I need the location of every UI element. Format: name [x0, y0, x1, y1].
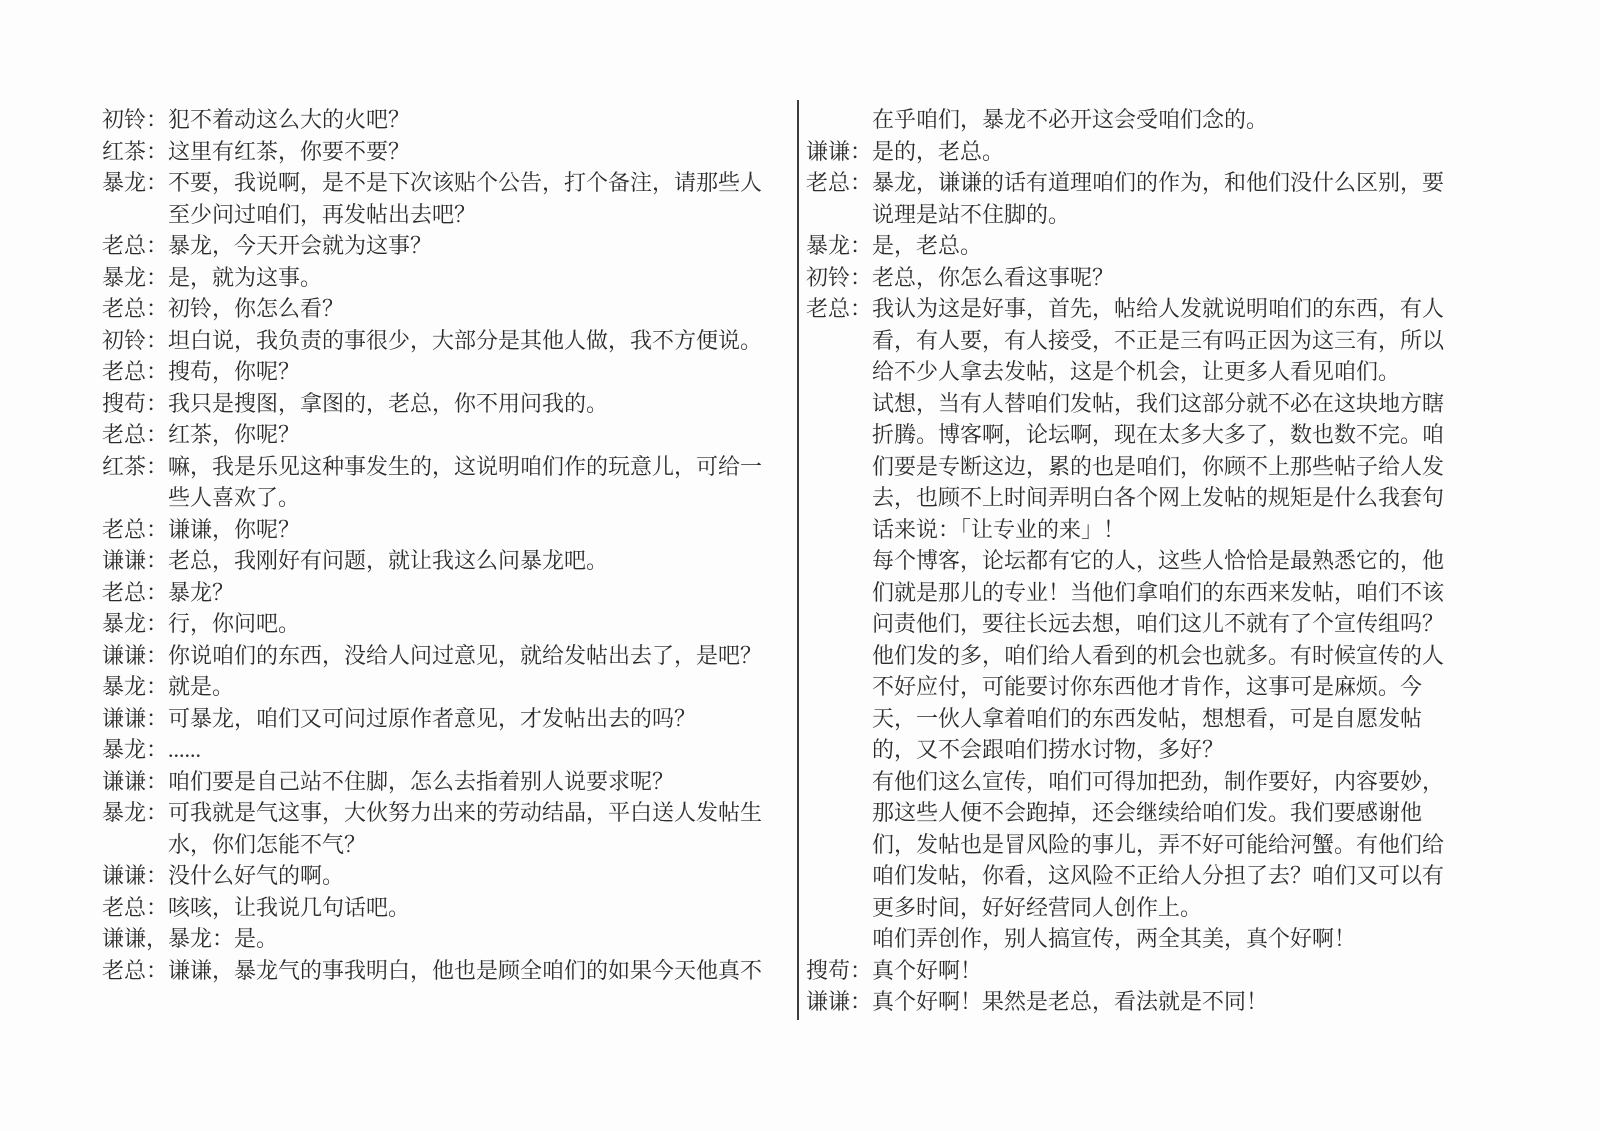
dialogue-entry: 暴龙：是，老总。 [806, 230, 1446, 262]
dialogue-entry: 老总：我认为这是好事，首先，帖给人发就说明咱们的东西，有人看，有人要，有人接受，… [806, 293, 1446, 388]
dialogue-text: 是的，老总。 [872, 139, 1004, 164]
speaker-label: 谦谦： [102, 863, 168, 888]
speaker-label: 老总： [102, 580, 168, 605]
speaker-label: 老总： [806, 170, 872, 195]
speaker-label: 老总： [102, 359, 168, 384]
speaker-label: 谦谦，暴龙： [102, 926, 234, 951]
speaker-label: 老总： [102, 296, 168, 321]
dialogue-entry: 老总：谦谦，暴龙气的事我明白，他也是顾全咱们的如果今天他真不 [102, 955, 764, 987]
dialogue-text: 在乎咱们，暴龙不必开这会受咱们念的。 [872, 107, 1268, 132]
speaker-label: 老总： [102, 895, 168, 920]
speaker-label: 初铃： [806, 265, 872, 290]
dialogue-text: 嘛，我是乐见这种事发生的，这说明咱们作的玩意儿，可给一些人喜欢了。 [168, 454, 762, 511]
speaker-label: 老总： [102, 958, 168, 983]
dialogue-text: 暴龙，谦谦的话有道理咱们的作为，和他们没什么区别，要说理是站不住脚的。 [872, 170, 1444, 227]
dialogue-text: 暴龙，今天开会就为这事？ [168, 233, 432, 258]
speaker-label: 初铃： [102, 328, 168, 353]
speaker-label: 暴龙： [102, 611, 168, 636]
dialogue-text: 有他们这么宣传，咱们可得加把劲，制作要好，内容要妙，那这些人便不会跑掉，还会继续… [872, 769, 1444, 920]
dialogue-entry: 老总：初铃，你怎么看？ [102, 293, 764, 325]
dialogue-text: 试想，当有人替咱们发帖，我们这部分就不必在这块地方瞎折腾。博客啊，论坛啊，现在太… [872, 391, 1444, 542]
dialogue-text: 初铃，你怎么看？ [168, 296, 344, 321]
dialogue-text: 咱们要是自己站不住脚，怎么去指着别人说要求呢？ [168, 769, 674, 794]
speaker-label: 老总： [102, 422, 168, 447]
speaker-label: 初铃： [102, 107, 168, 132]
dialogue-text: 我认为这是好事，首先，帖给人发就说明咱们的东西，有人看，有人要，有人接受，不正是… [872, 296, 1444, 384]
dialogue-entry: 老总：咳咳，让我说几句话吧。 [102, 892, 764, 924]
dialogue-text: 谦谦，你呢？ [168, 517, 300, 542]
speaker-label: 暴龙： [102, 265, 168, 290]
dialogue-text: 这里有红茶，你要不要？ [168, 139, 410, 164]
dialogue-text: 可我就是气这事，大伙努力出来的劳动结晶，平白送人发帖生水，你们怎能不气？ [168, 800, 762, 857]
dialogue-entry: 老总：暴龙，谦谦的话有道理咱们的作为，和他们没什么区别，要说理是站不住脚的。 [806, 167, 1446, 230]
dialogue-continuation: 在乎咱们，暴龙不必开这会受咱们念的。 [806, 104, 1446, 136]
dialogue-continuation: 试想，当有人替咱们发帖，我们这部分就不必在这块地方瞎折腾。博客啊，论坛啊，现在太… [806, 388, 1446, 546]
dialogue-entry: 红茶：嘛，我是乐见这种事发生的，这说明咱们作的玩意儿，可给一些人喜欢了。 [102, 451, 764, 514]
dialogue-entry: 搜苟：真个好啊！ [806, 955, 1446, 987]
right-column: 在乎咱们，暴龙不必开这会受咱们念的。谦谦：是的，老总。老总：暴龙，谦谦的话有道理… [806, 104, 1446, 1018]
dialogue-text: 是。 [234, 926, 278, 951]
dialogue-text: 是，就为这事。 [168, 265, 322, 290]
dialogue-text: 咱们弄创作，别人搞宣传，两全其美，真个好啊！ [872, 926, 1356, 951]
speaker-label: 暴龙： [102, 674, 168, 699]
speaker-label: 谦谦： [806, 139, 872, 164]
speaker-label: 谦谦： [806, 989, 872, 1014]
dialogue-text: 没什么好气的啊。 [168, 863, 344, 888]
dialogue-text: 你说咱们的东西，没给人问过意见，就给发帖出去了，是吧？ [168, 643, 762, 668]
dialogue-entry: 老总：暴龙，今天开会就为这事？ [102, 230, 764, 262]
speaker-label: 老总： [102, 517, 168, 542]
speaker-label: 暴龙： [102, 737, 168, 762]
speaker-label: 老总： [806, 296, 872, 321]
dialogue-entry: 暴龙：是，就为这事。 [102, 262, 764, 294]
dialogue-text: 真个好啊！果然是老总，看法就是不同！ [872, 989, 1268, 1014]
dialogue-text: 就是。 [168, 674, 234, 699]
speaker-label: 暴龙： [102, 170, 168, 195]
speaker-label: 谦谦： [102, 769, 168, 794]
speaker-label: 谦谦： [102, 643, 168, 668]
dialogue-text: 坦白说，我负责的事很少，大部分是其他人做，我不方便说。 [168, 328, 762, 353]
dialogue-text: 咳咳，让我说几句话吧。 [168, 895, 410, 920]
dialogue-text: 暴龙？ [168, 580, 234, 605]
dialogue-entry: 暴龙：可我就是气这事，大伙努力出来的劳动结晶，平白送人发帖生水，你们怎能不气？ [102, 797, 764, 860]
dialogue-entry: 谦谦：咱们要是自己站不住脚，怎么去指着别人说要求呢？ [102, 766, 764, 798]
dialogue-text: ...... [168, 737, 201, 762]
dialogue-entry: 暴龙：就是。 [102, 671, 764, 703]
dialogue-text: 每个博客，论坛都有它的人，这些人恰恰是最熟悉它的，他们就是那儿的专业！当他们拿咱… [872, 548, 1444, 762]
dialogue-entry: 红茶：这里有红茶，你要不要？ [102, 136, 764, 168]
dialogue-entry: 老总：暴龙？ [102, 577, 764, 609]
dialogue-entry: 谦谦：是的，老总。 [806, 136, 1446, 168]
dialogue-entry: 谦谦：老总，我刚好有问题，就让我这么问暴龙吧。 [102, 545, 764, 577]
dialogue-entry: 暴龙：行，你问吧。 [102, 608, 764, 640]
dialogue-continuation: 有他们这么宣传，咱们可得加把劲，制作要好，内容要妙，那这些人便不会跑掉，还会继续… [806, 766, 1446, 924]
speaker-label: 暴龙： [806, 233, 872, 258]
dialogue-entry: 谦谦，暴龙：是。 [102, 923, 764, 955]
dialogue-text: 搜苟，你呢？ [168, 359, 300, 384]
speaker-label: 红茶： [102, 139, 168, 164]
speaker-label: 谦谦： [102, 706, 168, 731]
dialogue-entry: 老总：红茶，你呢？ [102, 419, 764, 451]
speaker-label: 谦谦： [102, 548, 168, 573]
script-page: 初铃：犯不着动这么大的火吧？红茶：这里有红茶，你要不要？暴龙：不要，我说啊，是不… [0, 0, 1600, 1131]
dialogue-entry: 谦谦：真个好啊！果然是老总，看法就是不同！ [806, 986, 1446, 1018]
left-column: 初铃：犯不着动这么大的火吧？红茶：这里有红茶，你要不要？暴龙：不要，我说啊，是不… [102, 104, 764, 986]
dialogue-continuation: 每个博客，论坛都有它的人，这些人恰恰是最熟悉它的，他们就是那儿的专业！当他们拿咱… [806, 545, 1446, 766]
speaker-label: 红茶： [102, 454, 168, 479]
dialogue-text: 可暴龙，咱们又可问过原作者意见，才发帖出去的吗？ [168, 706, 696, 731]
dialogue-entry: 老总：谦谦，你呢？ [102, 514, 764, 546]
speaker-label: 暴龙： [102, 800, 168, 825]
dialogue-entry: 谦谦：可暴龙，咱们又可问过原作者意见，才发帖出去的吗？ [102, 703, 764, 735]
dialogue-text: 行，你问吧。 [168, 611, 300, 636]
dialogue-text: 犯不着动这么大的火吧？ [168, 107, 410, 132]
speaker-label: 搜苟： [102, 391, 168, 416]
dialogue-text: 红茶，你呢？ [168, 422, 300, 447]
dialogue-text: 老总，我刚好有问题，就让我这么问暴龙吧。 [168, 548, 608, 573]
dialogue-entry: 初铃：老总，你怎么看这事呢？ [806, 262, 1446, 294]
dialogue-text: 真个好啊！ [872, 958, 982, 983]
speaker-label: 搜苟： [806, 958, 872, 983]
dialogue-text: 我只是搜图，拿图的，老总，你不用问我的。 [168, 391, 608, 416]
dialogue-entry: 老总：搜苟，你呢？ [102, 356, 764, 388]
dialogue-continuation: 咱们弄创作，别人搞宣传，两全其美，真个好啊！ [806, 923, 1446, 955]
dialogue-text: 老总，你怎么看这事呢？ [872, 265, 1114, 290]
dialogue-entry: 暴龙：不要，我说啊，是不是下次该贴个公告，打个备注，请那些人至少问过咱们，再发帖… [102, 167, 764, 230]
dialogue-text: 不要，我说啊，是不是下次该贴个公告，打个备注，请那些人至少问过咱们，再发帖出去吧… [168, 170, 762, 227]
dialogue-text: 谦谦，暴龙气的事我明白，他也是顾全咱们的如果今天他真不 [168, 958, 762, 983]
dialogue-entry: 谦谦：没什么好气的啊。 [102, 860, 764, 892]
column-divider [797, 100, 799, 1020]
dialogue-entry: 暴龙：...... [102, 734, 764, 766]
dialogue-entry: 谦谦：你说咱们的东西，没给人问过意见，就给发帖出去了，是吧？ [102, 640, 764, 672]
dialogue-entry: 初铃：坦白说，我负责的事很少，大部分是其他人做，我不方便说。 [102, 325, 764, 357]
speaker-label: 老总： [102, 233, 168, 258]
dialogue-entry: 初铃：犯不着动这么大的火吧？ [102, 104, 764, 136]
dialogue-entry: 搜苟：我只是搜图，拿图的，老总，你不用问我的。 [102, 388, 764, 420]
dialogue-text: 是，老总。 [872, 233, 982, 258]
